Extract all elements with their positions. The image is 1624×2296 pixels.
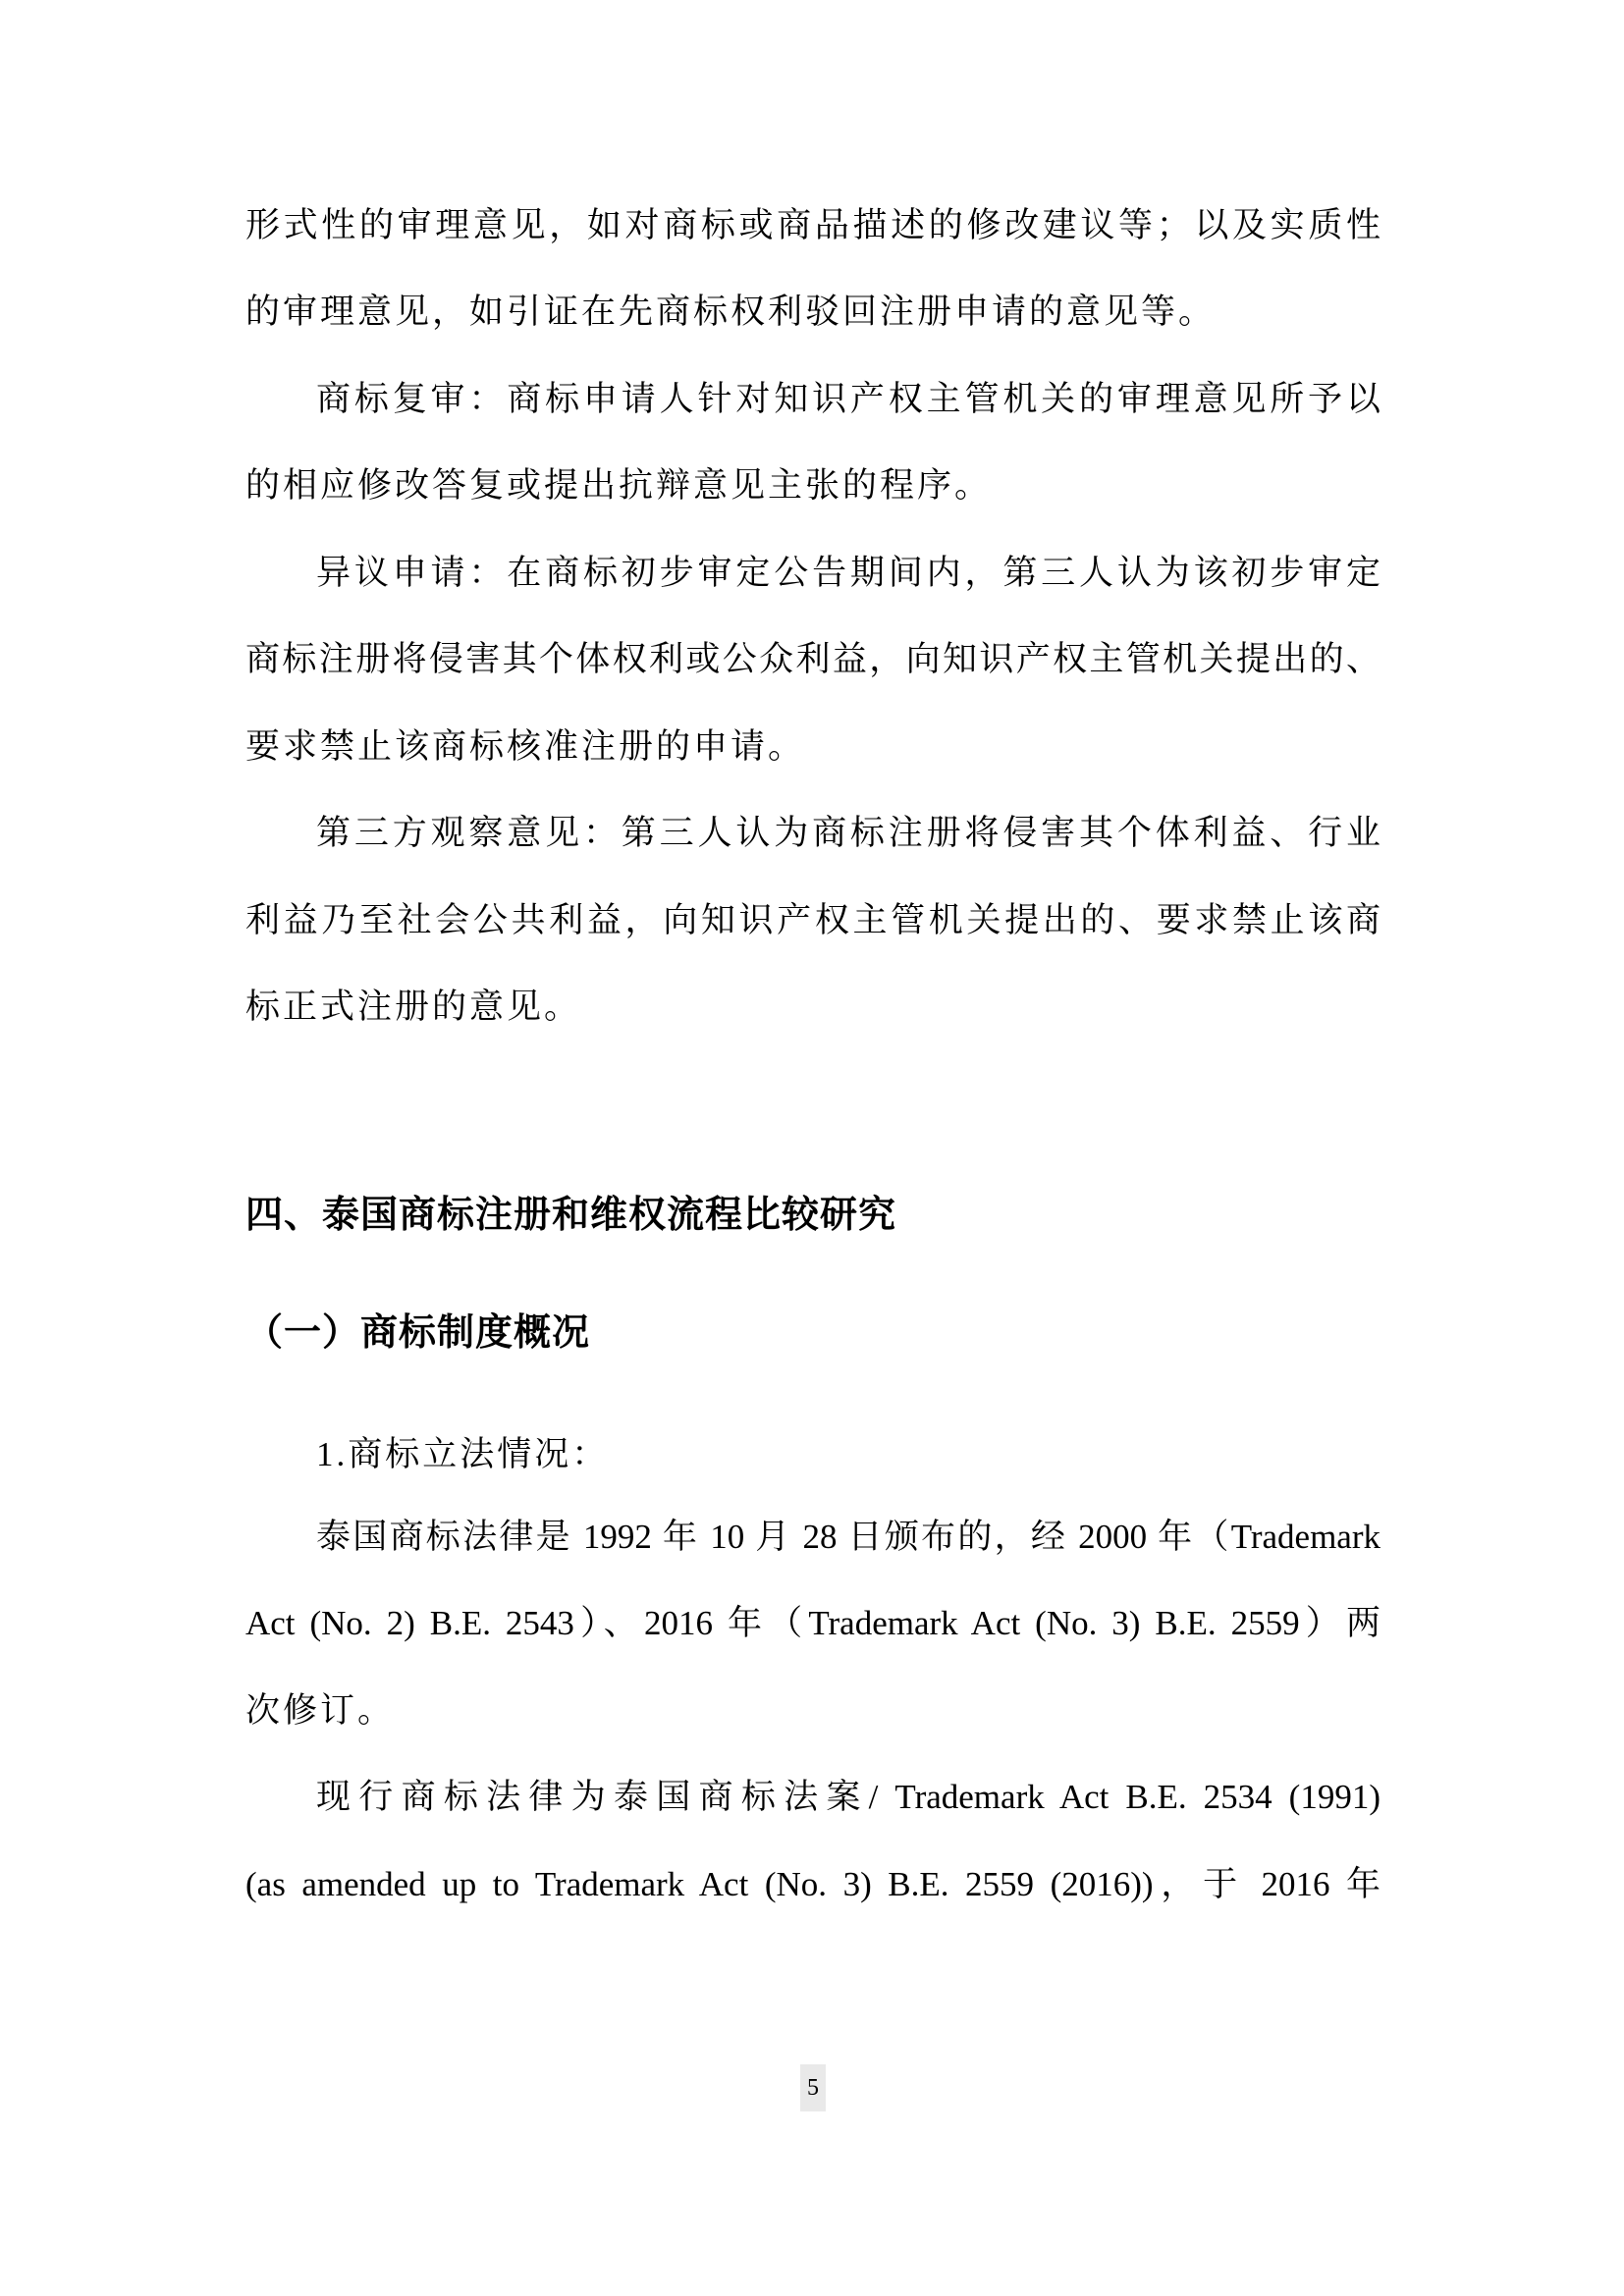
body-line: 第三方观察意见：第三人认为商标注册将侵害其个体利益、行业 bbox=[245, 807, 1380, 860]
body-line: 商标复审：商标申请人针对知识产权主管机关的审理意见所予以 bbox=[245, 373, 1380, 426]
body-line: Act (No. 2) B.E. 2543）、2016 年（Trademark … bbox=[245, 1597, 1380, 1650]
body-line: 要求禁止该商标核准注册的申请。 bbox=[245, 721, 1380, 774]
subsection-heading: （一）商标制度概况 bbox=[245, 1307, 1380, 1360]
body-line: 商标注册将侵害其个体权利或公众利益，向知识产权主管机关提出的、 bbox=[245, 633, 1380, 686]
page-footer: 5 bbox=[245, 2064, 1380, 2108]
body-line: 泰国商标法律是 1992 年 10 月 28 日颁布的，经 2000 年（Tra… bbox=[245, 1511, 1380, 1564]
body-line: 1.商标立法情况： bbox=[245, 1428, 1380, 1481]
body-line: 异议申请：在商标初步审定公告期间内，第三人认为该初步审定 bbox=[245, 547, 1380, 600]
document-page: 形式性的审理意见，如对商标或商品描述的修改建议等；以及实质性 的审理意见，如引证… bbox=[0, 0, 1624, 2296]
body-line: 形式性的审理意见，如对商标或商品描述的修改建议等；以及实质性 bbox=[245, 199, 1380, 252]
body-line: 利益乃至社会公共利益，向知识产权主管机关提出的、要求禁止该商 bbox=[245, 894, 1380, 947]
section-heading: 四、泰国商标注册和维权流程比较研究 bbox=[245, 1189, 1380, 1242]
body-line: 标正式注册的意见。 bbox=[245, 981, 1380, 1034]
body-line: 的相应修改答复或提出抗辩意见主张的程序。 bbox=[245, 459, 1380, 512]
body-line: (as amended up to Trademark Act (No. 3) … bbox=[245, 1858, 1380, 1911]
body-line: 次修订。 bbox=[245, 1684, 1380, 1737]
body-line: 的审理意见，如引证在先商标权利驳回注册申请的意见等。 bbox=[245, 286, 1380, 339]
page-number: 5 bbox=[800, 2064, 826, 2111]
body-line: 现行商标法律为泰国商标法案/ Trademark Act B.E. 2534 (… bbox=[245, 1771, 1380, 1824]
